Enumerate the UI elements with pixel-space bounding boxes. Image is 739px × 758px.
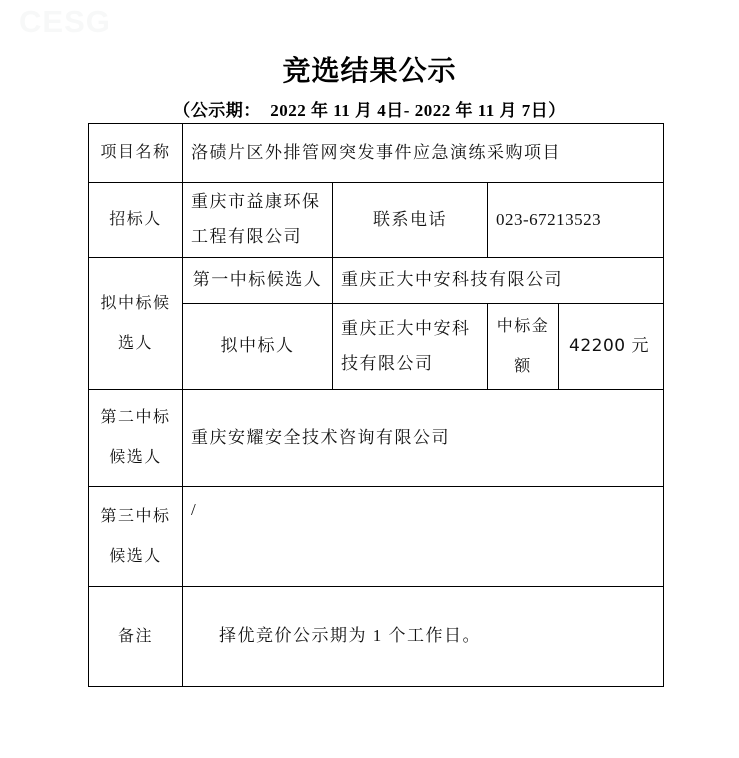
tenderer-value: 重庆市益康环保工程有限公司 [183, 183, 333, 258]
page-title: 竞选结果公示 [0, 49, 739, 89]
project-name-value: 洛碛片区外排管网突发事件应急演练采购项目 [183, 124, 664, 183]
result-table: 项目名称 洛碛片区外排管网突发事件应急演练采购项目 招标人 重庆市益康环保工程有… [88, 123, 664, 687]
phone-value: 023-67213523 [488, 183, 664, 258]
tenderer-label: 招标人 [89, 183, 183, 258]
publicity-period: （公示期： 2022 年 11 月 4日- 2022 年 11 月 7日） [0, 96, 739, 121]
proposed-winner-value: 重庆正大中安科技有限公司 [333, 304, 488, 390]
third-candidate-row: 第三中标候选人 / [89, 487, 664, 587]
first-candidate-value: 重庆正大中安科技有限公司 [333, 258, 664, 304]
third-candidate-label: 第三中标候选人 [89, 487, 183, 587]
award-amount-value: 42200 元 [559, 304, 664, 390]
watermark: CESG [19, 4, 111, 40]
remark-value: 择优竞价公示期为 1 个工作日。 [183, 587, 664, 687]
first-candidate-label: 第一中标候选人 [183, 258, 333, 304]
award-amount-label: 中标金额 [488, 304, 559, 390]
remark-row: 备注 择优竞价公示期为 1 个工作日。 [89, 587, 664, 687]
candidates-label: 拟中标候选人 [89, 258, 183, 390]
proposed-winner-label: 拟中标人 [183, 304, 333, 390]
second-candidate-value: 重庆安耀安全技术咨询有限公司 [183, 390, 664, 487]
second-candidate-label: 第二中标候选人 [89, 390, 183, 487]
remark-label: 备注 [89, 587, 183, 687]
second-candidate-row: 第二中标候选人 重庆安耀安全技术咨询有限公司 [89, 390, 664, 487]
third-candidate-value: / [183, 487, 664, 587]
project-name-label: 项目名称 [89, 124, 183, 183]
document-page: CESG 竞选结果公示 （公示期： 2022 年 11 月 4日- 2022 年… [0, 0, 739, 758]
project-name-row: 项目名称 洛碛片区外排管网突发事件应急演练采购项目 [89, 124, 664, 183]
tenderer-row: 招标人 重庆市益康环保工程有限公司 联系电话 023-67213523 [89, 183, 664, 258]
phone-label: 联系电话 [333, 183, 488, 258]
first-candidate-row: 拟中标候选人 第一中标候选人 重庆正大中安科技有限公司 [89, 258, 664, 304]
